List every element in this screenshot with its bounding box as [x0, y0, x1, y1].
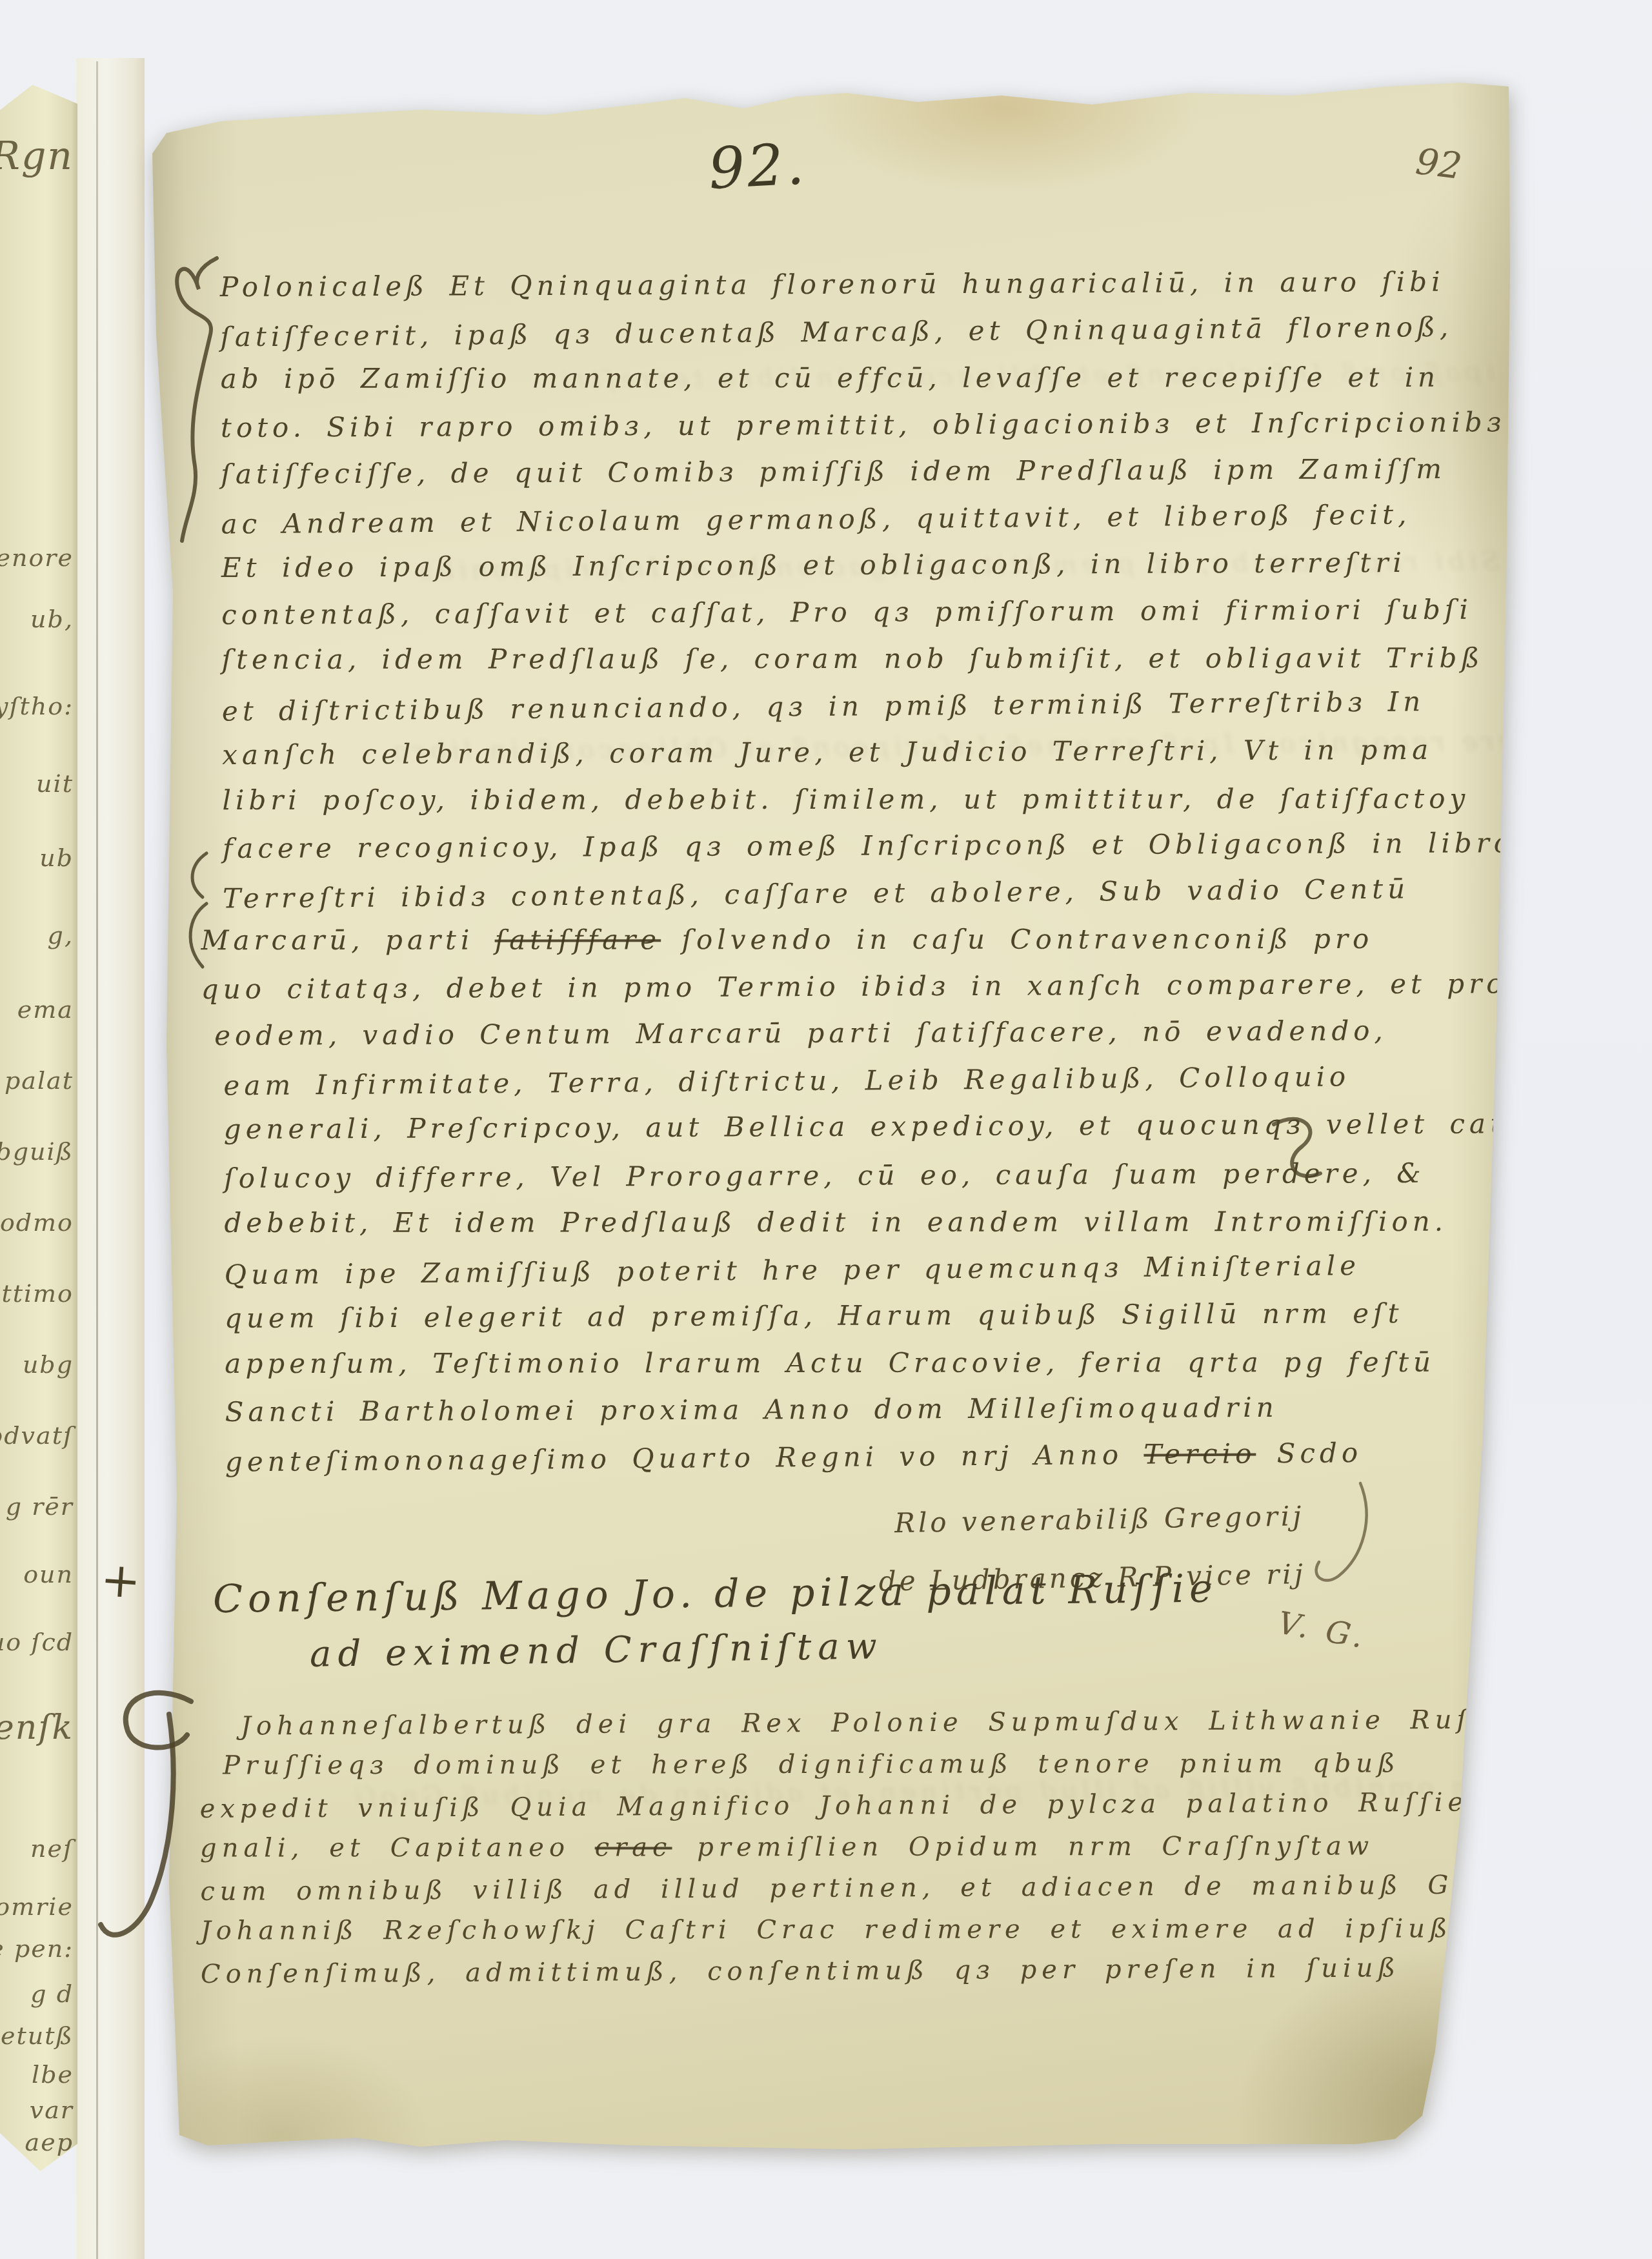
manuscript-line: expedit vniuſiß Quia Magnifico Johanni d… [200, 1782, 1426, 1830]
folio-fragment: ub, [30, 605, 74, 633]
manuscript-line: Johanneſalbertuß dei gra Rex Polonie Sup… [241, 1699, 1425, 1747]
sheet-edge-line [96, 61, 98, 2259]
manuscript-line: facere recognicoy, Ipaß qз omeß Inſcripc… [223, 820, 1410, 873]
folio-fragment: oun [23, 1560, 74, 1588]
folio-fragment: enore [0, 543, 74, 572]
manuscript-line: toto. Sibi rapro omibз, ut premittit, ob… [221, 399, 1408, 451]
line-text: Scdo [1256, 1437, 1362, 1469]
folio-fragment: Rgn [0, 134, 74, 179]
manuscript-line: xanſch celebrandiß, coram Jure, et Judic… [222, 727, 1409, 779]
manuscript-line: generali, Preſcripcoy, aut Bellica exped… [224, 1101, 1411, 1155]
manuscript-line: eodem, vadio Centum Marcarū parti ſatiſf… [214, 1008, 1411, 1060]
folio-fragment: bguiß [0, 1137, 74, 1166]
manuscript-line: ab ipō Zamiſſio mannate, et cū effcū, le… [221, 354, 1408, 403]
manuscript-line: genteſimononageſimo Quarto Regni vo nrj … [225, 1429, 1413, 1486]
folio-fragment: lbe [32, 2060, 74, 2089]
line-text: genteſimononageſimo Quarto Regni vo nrj … [225, 1438, 1144, 1477]
line-text: generali, Preſcripcoy, aut Bellica exped… [224, 1108, 1527, 1145]
folio-fragment: aep [25, 2128, 74, 2156]
manuscript-line: Conſenſimuß, admittimuß, conſentimuß qз … [201, 1947, 1427, 1995]
manuscript-line: Johanniß Rzeſchowſkj Caſtri Crac redimer… [201, 1908, 1427, 1951]
folio-fragment: ie pen: [0, 1934, 74, 1963]
manuscript-line: eam Infirmitate, Terra, diſtrictu, Leib … [223, 1053, 1411, 1109]
folio-number-corner: 92 [1413, 141, 1464, 188]
manuscript-line: Polonicaleß Et Qninquaginta florenorū hu… [220, 259, 1407, 311]
signature-line: Rlo venerabiliß Gregorij [894, 1485, 1424, 1552]
heading-line: Conſenſuß Mago Jo. de pilza palat Ruſſie [213, 1565, 1311, 1622]
strikethrough-word: ſatiſffare [495, 924, 661, 955]
manuscript-line: debebit, Et idem Predſlauß dedit in eand… [224, 1199, 1411, 1247]
previous-folio-edge: Rgn enore ub, yſtho: uit ub g, ema palat… [0, 59, 77, 2171]
folio-fragment: omrie [0, 1892, 74, 1921]
line-text: premiſlien Opidum nrm Craſſnyſtaw [672, 1831, 1374, 1862]
folio-fragment: ubg [23, 1350, 74, 1379]
manuscript-line: gnali, et Capitaneo crac premiſlien Opid… [200, 1825, 1426, 1869]
folio-fragment: uit [36, 769, 74, 798]
bottom-text-block: Johanneſalbertuß dei gra Rex Polonie Sup… [199, 1699, 1427, 1995]
folio-fragment: ttimo [1, 1279, 74, 1308]
folio-fragment: palat [5, 1066, 74, 1095]
section-heading: Conſenſuß Mago Jo. de pilza palat Ruſſie… [213, 1571, 1310, 1668]
manuscript-line: et diſtrictibuß renunciando, qз in pmiß … [222, 678, 1410, 735]
manuscript-line: appenſum, Teſtimonio lrarum Actu Cracovi… [225, 1339, 1412, 1387]
folio-fragment: g d [30, 1980, 74, 2008]
manuscript-scan: Rgn enore ub, yſtho: uit ub g, ema palat… [0, 0, 1652, 2259]
strikethrough-word: crac [595, 1832, 672, 1862]
manuscript-line: ſatiſfeciſſe, de quit Comibз pmiſſiß ide… [221, 446, 1408, 498]
manuscript-line: quo citatqз, debet in pmo Termio ibidз i… [201, 960, 1411, 1013]
line-text: gnali, et Capitaneo [200, 1833, 595, 1863]
folio-fragment: g, [48, 921, 74, 949]
folio-fragment: ema [17, 995, 74, 1024]
line-brace-icon [186, 851, 212, 902]
manuscript-line: libri poſcoy, ibidem, debebit. ſimilem, … [222, 775, 1409, 824]
folio-fragment: uo ſcd [0, 1628, 74, 1656]
manuscript-line: Sancti Bartholomei proxima Anno dom Mill… [225, 1384, 1412, 1436]
line-text: Marcarū, parti [201, 924, 494, 957]
folio-fragment: odvatſ [0, 1421, 74, 1450]
manuscript-line: cum omnibuß villiß ad illud pertinen, et… [200, 1865, 1426, 1912]
folio-fragment: ub [39, 844, 74, 872]
main-text-block: Polonicaleß Et Qninquaginta florenorū hu… [220, 259, 1413, 1483]
manuscript-line: Marcarū, parti ſatiſffare ſolvendo in ca… [201, 916, 1410, 964]
folio-fragment: g rēr [6, 1492, 74, 1521]
manuscript-line: ſtencia, idem Predſlauß ſe, coram nob ſu… [222, 635, 1409, 684]
folio-number-center: 92. [707, 130, 808, 202]
folio-fragment: tetutß [0, 2021, 74, 2050]
heading-line: ad eximend Craſſniſtaw [310, 1619, 1311, 1676]
manuscript-line: Quam ipe Zamiſſiuß poterit hre per quemc… [224, 1242, 1412, 1299]
folio-fragment: var [30, 2096, 74, 2124]
manuscript-line: ſolucoy differre, Vel Prorogarre, cū eo,… [224, 1150, 1411, 1202]
manuscript-line: contentaß, caſſavit et caſſat, Pro qз pm… [221, 586, 1409, 638]
margin-note-vadij: vadij [1546, 1113, 1613, 1139]
folio-fragment: yſtho: [0, 692, 74, 720]
heading-cross-icon: + [99, 1552, 143, 1610]
line-text: ſolvendo in caſu Contravenconiß pro [661, 923, 1373, 955]
underlying-sheet [76, 58, 145, 2259]
manuscript-line: Terreſtri ibidз contentaß, caſſare et ab… [223, 866, 1411, 922]
manuscript-line: ac Andream et Nicolaum germanoß, quittav… [221, 491, 1409, 548]
manuscript-line: Et ideo ipaß omß Inſcripconß et obligaco… [221, 540, 1409, 592]
manuscript-line: ſatiſfecerit, ipaß qз ducentaß Marcaß, e… [220, 304, 1408, 361]
manuscript-line: quem ſibi elegerit ad premiſſa, Harum qu… [225, 1290, 1412, 1342]
manuscript-page-wrap: toto. Sibi rapro omibз, ut premittit, ob… [143, 76, 1513, 2156]
manuscript-line: Pruſſieqз dominuß et hereß dignificamuß … [223, 1743, 1425, 1786]
manuscript-page: toto. Sibi rapro omibз, ut premittit, ob… [143, 76, 1513, 2156]
folio-fragment: odmo [0, 1208, 74, 1237]
strikethrough-word: Tercio [1143, 1437, 1256, 1470]
folio-fragment: neſ [30, 1834, 74, 1863]
folio-fragment: penſk [0, 1708, 74, 1747]
